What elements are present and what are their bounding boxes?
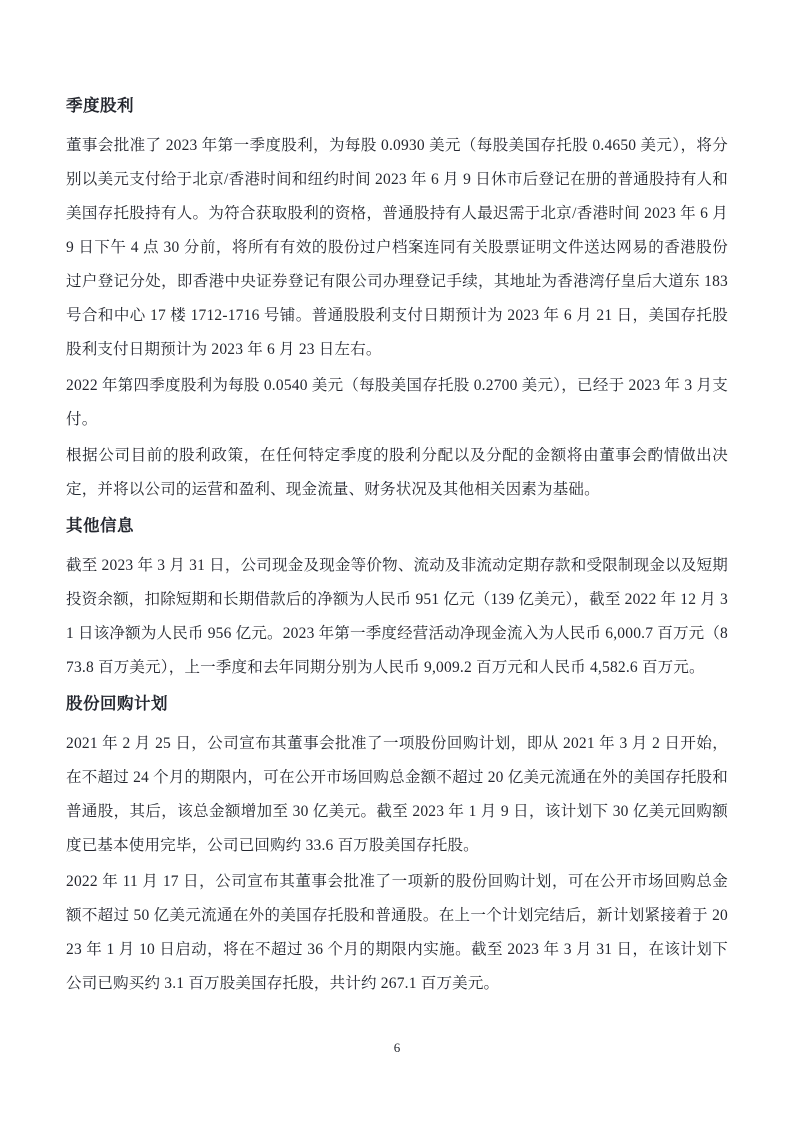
document-content: 季度股利 董事会批准了 2023 年第一季度股利，为每股 0.0930 美元（每… xyxy=(0,0,794,1001)
section-other-information: 其他信息 截至 2023 年 3 月 31 日，公司现金及现金等价物、流动及非流… xyxy=(66,509,728,685)
paragraph-repurchase-plan-2021: 2021 年 2 月 25 日，公司宣布其董事会批准了一项股份回购计划，即从 2… xyxy=(66,727,728,863)
paragraph-repurchase-plan-2022: 2022 年 11 月 17 日，公司宣布其董事会批准了一项新的股份回购计划，可… xyxy=(66,865,728,1001)
document-page: 季度股利 董事会批准了 2023 年第一季度股利，为每股 0.0930 美元（每… xyxy=(0,0,794,1123)
paragraph-dividend-policy: 根据公司目前的股利政策，在任何特定季度的股利分配以及分配的金额将由董事会酌情做出… xyxy=(66,439,728,507)
section-heading-quarterly-dividend: 季度股利 xyxy=(66,89,728,123)
section-quarterly-dividend: 季度股利 董事会批准了 2023 年第一季度股利，为每股 0.0930 美元（每… xyxy=(66,89,728,507)
paragraph-cash-position: 截至 2023 年 3 月 31 日，公司现金及现金等价物、流动及非流动定期存款… xyxy=(66,549,728,685)
section-heading-share-repurchase-plan: 股份回购计划 xyxy=(66,687,728,721)
section-share-repurchase-plan: 股份回购计划 2021 年 2 月 25 日，公司宣布其董事会批准了一项股份回购… xyxy=(66,687,728,1001)
paragraph-q1-2023-dividend: 董事会批准了 2023 年第一季度股利，为每股 0.0930 美元（每股美国存托… xyxy=(66,129,728,367)
section-heading-other-information: 其他信息 xyxy=(66,509,728,543)
paragraph-q4-2022-dividend: 2022 年第四季度股利为每股 0.0540 美元（每股美国存托股 0.2700… xyxy=(66,369,728,437)
page-number: 6 xyxy=(0,1038,794,1058)
